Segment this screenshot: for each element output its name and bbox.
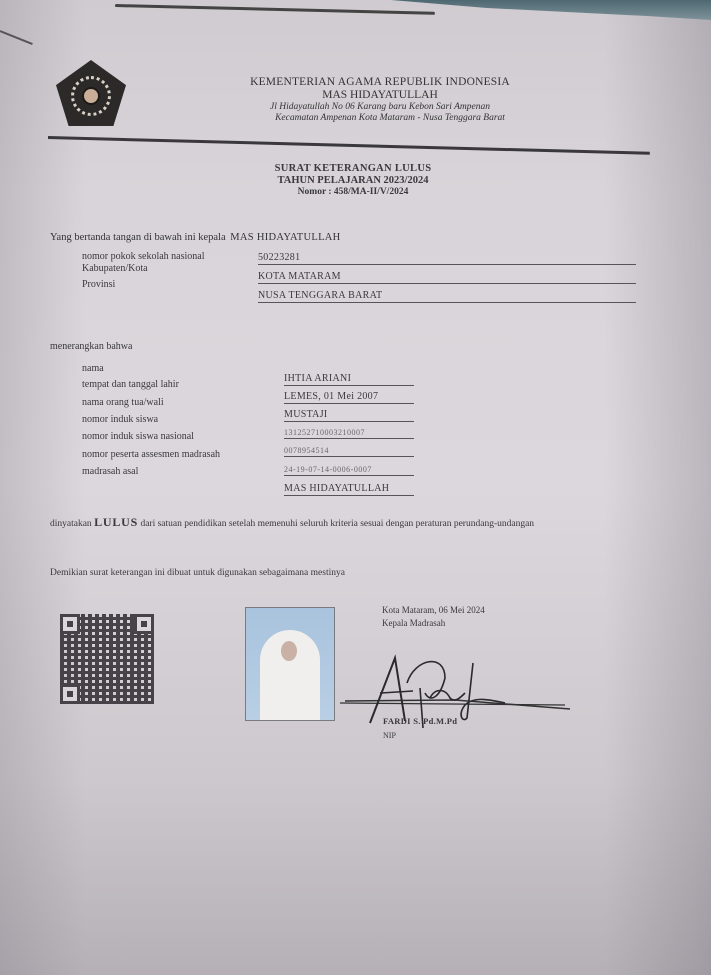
field-label: tempat dan tanggal lahir (82, 379, 179, 390)
field-label: madrasah asal (82, 466, 138, 477)
field-label: nomor pokok sekolah nasional (82, 251, 204, 262)
field-label: nama (82, 363, 104, 374)
parent-value: MUSTAJI (284, 409, 414, 422)
birth-value: LEMES, 01 Mei 2007 (284, 391, 414, 404)
document-title: SURAT KETERANGAN LULUS TAHUN PELAJARAN 2… (238, 163, 468, 197)
signer-name: FARDI S. Pd.M.Pd (383, 716, 457, 726)
school-address: Jl Hidayatullah No 06 Karang baru Kebon … (190, 102, 570, 112)
ministry-name: KEMENTERIAN AGAMA REPUBLIK INDONESIA (190, 76, 570, 88)
student-photo (245, 607, 335, 721)
signer-nip: NIP (383, 731, 396, 740)
npsn-value: 50223281 (258, 252, 636, 265)
nis-value: 131252710003210007 (284, 428, 414, 439)
student-intro: menerangkan bahwa (50, 341, 132, 352)
letterhead-divider (48, 136, 650, 155)
ministry-emblem-icon (56, 60, 126, 126)
title-text: SURAT KETERANGAN LULUS (238, 163, 468, 174)
intro-school-name: MAS HIDAYATULLAH (230, 232, 340, 243)
background-edge (391, 0, 711, 20)
nisn-value: 0078954514 (284, 446, 414, 457)
field-label: nomor induk siswa (82, 414, 158, 425)
academic-year: TAHUN PELAJARAN 2023/2024 (238, 175, 468, 186)
pen-mark (0, 30, 33, 45)
origin-school-value: MAS HIDAYATULLAH (284, 483, 414, 496)
field-label: nomor induk siswa nasional (82, 431, 194, 442)
document-number: Nomor : 458/MA-II/V/2024 (238, 187, 468, 197)
school-intro: Yang bertanda tangan di bawah ini kepala… (50, 232, 341, 243)
signer-role: Kepala Madrasah (382, 618, 485, 628)
field-label: nama orang tua/wali (82, 397, 164, 408)
statement-suffix: dari satuan pendidikan setelah memenuhi … (140, 519, 534, 529)
intro-text: Yang bertanda tangan di bawah ini kepala (50, 232, 226, 243)
pen-mark (115, 4, 435, 15)
school-name: MAS HIDAYATULLAH (190, 89, 570, 101)
province-value: NUSA TENGGARA BARAT (258, 290, 636, 303)
graduation-statement: dinyatakan LULUS dari satuan pendidikan … (50, 516, 630, 531)
qr-code-icon (60, 614, 154, 704)
place-date: Kota Mataram, 06 Mei 2024 (382, 605, 485, 615)
graduation-status: LULUS (94, 515, 138, 529)
exam-number-value: 24-19-07-14-0006-0007 (284, 465, 414, 476)
school-district: Kecamatan Ampenan Kota Mataram - Nusa Te… (210, 113, 570, 123)
student-name-value: IHTIA ARIANI (284, 373, 414, 386)
signature-block: Kota Mataram, 06 Mei 2024 Kepala Madrasa… (382, 605, 485, 628)
letterhead: KEMENTERIAN AGAMA REPUBLIK INDONESIA MAS… (190, 76, 570, 123)
field-label: nomor peserta assesmen madrasah (82, 449, 220, 460)
field-label: Kabupaten/Kota (82, 263, 148, 274)
field-label: Provinsi (82, 279, 115, 290)
statement-prefix: dinyatakan (50, 519, 92, 529)
city-value: KOTA MATARAM (258, 271, 636, 284)
closing-statement: Demikian surat keterangan ini dibuat unt… (50, 567, 630, 580)
